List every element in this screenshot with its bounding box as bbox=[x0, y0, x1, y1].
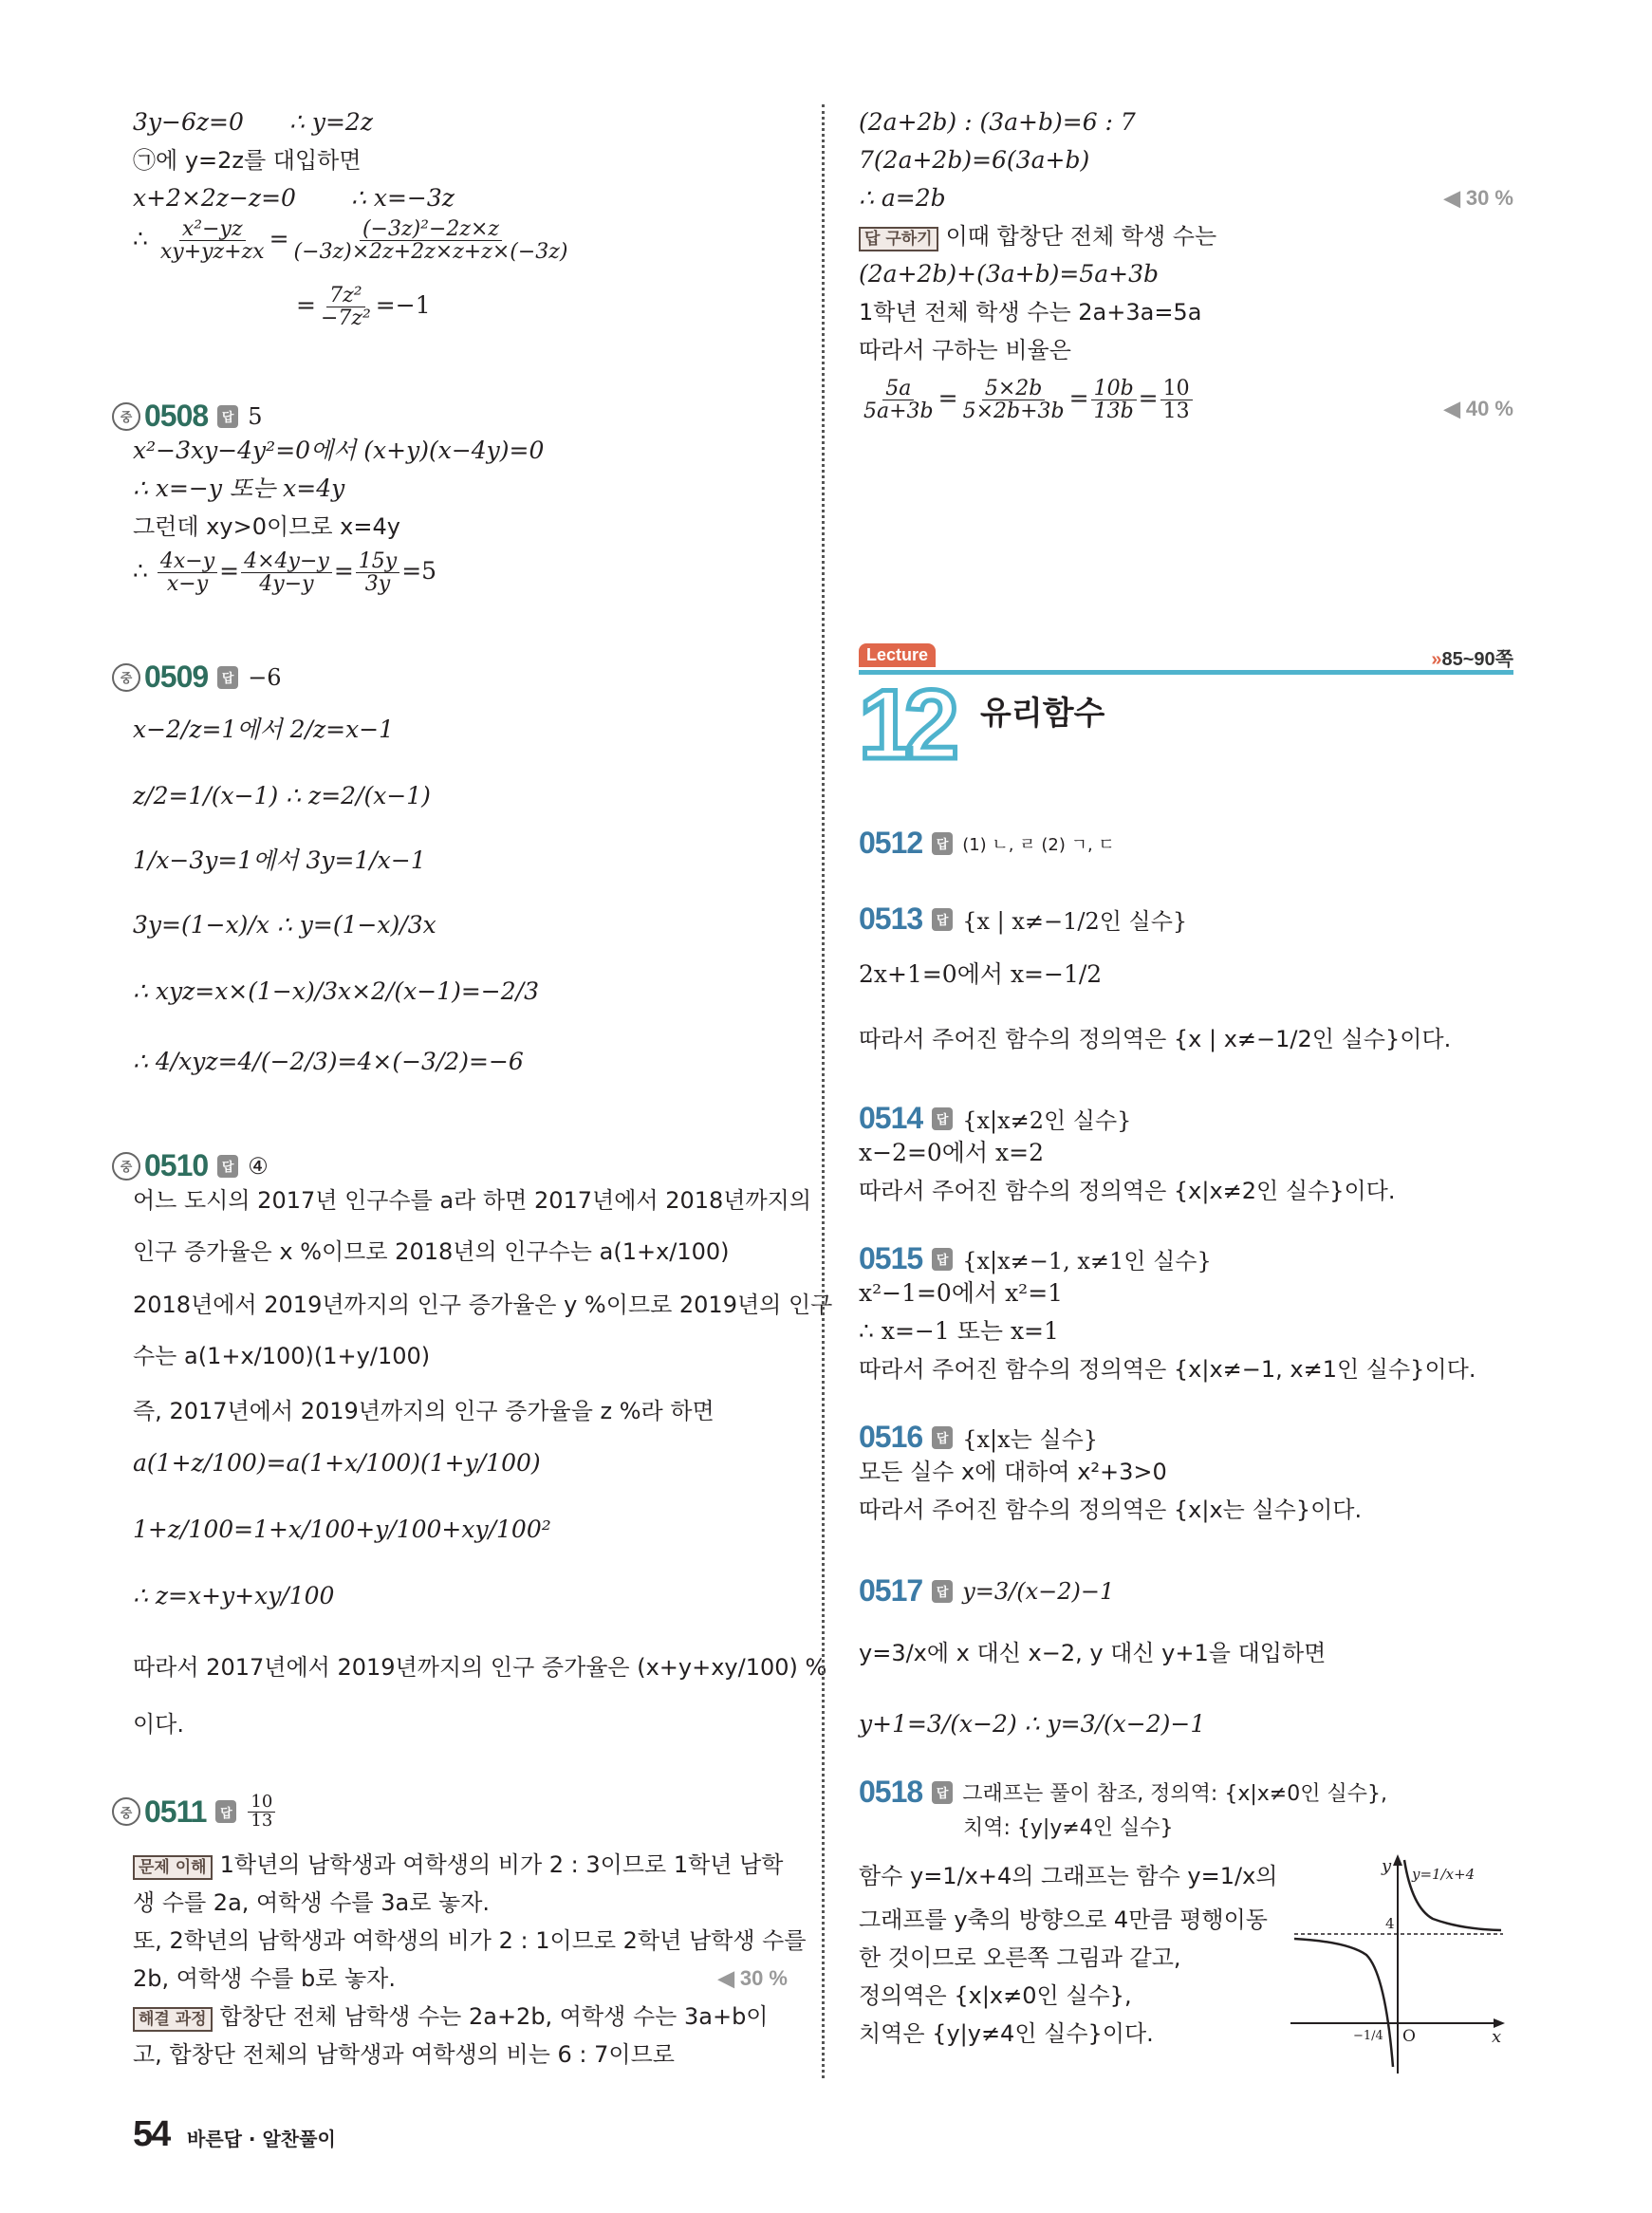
answer-icon: 답 bbox=[217, 405, 238, 428]
solution-line: 또, 2학년의 남학생과 여학생의 비가 2 : 1이므로 2학년 남학생 수를 bbox=[133, 1925, 807, 1957]
solution-line: 즉, 2017년에서 2019년까지의 인구 증가율을 z %라 하면 bbox=[133, 1395, 715, 1427]
solution-line: ∴ xyz=x×(1−x)/3x×2/(x−1)=−2/3 bbox=[133, 976, 539, 1008]
answer-icon: 답 bbox=[932, 1248, 953, 1271]
solution-line: ∴ x=−y 또는 x=4y bbox=[133, 473, 344, 505]
problem-header-0508: 중 0508 답 5 bbox=[112, 399, 262, 434]
x-axis-label: x bbox=[1492, 2027, 1501, 2047]
origin-label: O bbox=[1402, 2027, 1416, 2046]
answer-value: −6 bbox=[248, 664, 281, 691]
solution-line: y+1=3/(x−2) ∴ y=3/(x−2)−1 bbox=[859, 1708, 1205, 1740]
problem-number: 0511 bbox=[144, 1795, 206, 1830]
problem-number: 0510 bbox=[144, 1148, 208, 1183]
level-icon: 중 bbox=[112, 663, 140, 692]
asymptote-label: 4 bbox=[1385, 1915, 1395, 1932]
answer-value: (1) ㄴ, ㄹ (2) ㄱ, ㄷ bbox=[962, 831, 1115, 856]
solution-line: 생 수를 2a, 여학생 수를 3a로 놓자. bbox=[133, 1887, 490, 1919]
problem-header-0510: 중 0510 답 ④ bbox=[112, 1148, 269, 1183]
solution-line: 따라서 주어진 함수의 정의역은 {x|x≠2인 실수}이다. bbox=[859, 1175, 1396, 1207]
answer-icon: 답 bbox=[932, 908, 953, 931]
solution-line: 이다. bbox=[133, 1708, 184, 1740]
solution-line: (2a+2b) : (3a+b)=6 : 7 bbox=[859, 106, 1136, 139]
solution-line: 2b, 여학생 수를 b로 놓자. bbox=[133, 1962, 396, 1995]
solution-line: ∴ x=−3z bbox=[351, 182, 455, 214]
answer-icon: 답 bbox=[932, 1426, 953, 1449]
x-intercept-label: −1/4 bbox=[1353, 2029, 1383, 2043]
solution-line: 2x+1=0에서 x=−1/2 bbox=[859, 958, 1102, 991]
answer-icon: 답 bbox=[932, 832, 953, 855]
lecture-rule bbox=[859, 670, 1513, 675]
level-icon: 중 bbox=[112, 1152, 140, 1181]
step-tag-process: 해결 과정 bbox=[133, 2007, 213, 2032]
fraction-equation: 5a5a+3b=5×2b5×2b+3b=10b13b=1013 bbox=[859, 378, 1195, 422]
problem-header-0512: 0512 답 (1) ㄴ, ㄹ (2) ㄱ, ㄷ bbox=[859, 826, 1115, 861]
page-number: 54 bbox=[133, 2114, 169, 2155]
solution-line: z/2=1/(x−1) ∴ z=2/(x−1) bbox=[133, 780, 431, 812]
answer-value: 1013 bbox=[248, 1794, 275, 1831]
solution-line: 함수 y=1/x+4의 그래프는 함수 y=1/x의 bbox=[859, 1860, 1277, 1892]
answer-value: 그래프는 풀이 참조, 정의역: {x|x≠0인 실수}, bbox=[962, 1777, 1387, 1807]
solution-line: x−2/z=1에서 2/z=x−1 bbox=[133, 714, 394, 746]
solution-line: ∴ x=−1 또는 x=1 bbox=[859, 1315, 1059, 1348]
solution-line: 한 것이므로 오른쪽 그림과 같고, bbox=[859, 1942, 1181, 1974]
y-axis-label: y bbox=[1382, 1856, 1391, 1876]
solution-line: 고, 합창단 전체의 남학생과 여학생의 비는 6 : 7이므로 bbox=[133, 2038, 675, 2071]
problem-number: 0512 bbox=[859, 826, 922, 861]
solution-line: 3y=(1−x)/x ∴ y=(1−x)/3x bbox=[133, 909, 436, 941]
solution-line: 1/x−3y=1에서 3y=1/x−1 bbox=[133, 845, 426, 877]
solution-line: 1+z/100=1+x/100+y/100+xy/100² bbox=[133, 1514, 551, 1546]
solution-line: 그런데 xy>0이므로 x=4y bbox=[133, 511, 400, 543]
lecture-header: Lecture »85~90쪽 12 유리함수 bbox=[859, 643, 1513, 786]
answer-icon: 답 bbox=[932, 1781, 953, 1804]
solution-line: x−2=0에서 x=2 bbox=[859, 1137, 1044, 1169]
problem-number: 0513 bbox=[859, 902, 922, 937]
problem-header-0515: 0515 답 {x|x≠−1, x≠1인 실수} bbox=[859, 1241, 1212, 1276]
solution-line: ∴ 4/xyz=4/(−2/3)=4×(−3/2)=−6 bbox=[133, 1046, 524, 1078]
problem-header-0513: 0513 답 {x | x≠−1/2인 실수} bbox=[859, 902, 1187, 937]
problem-number: 0515 bbox=[859, 1241, 922, 1276]
lecture-title: 유리함수 bbox=[980, 687, 1104, 734]
solution-line: ∴ a=2b bbox=[859, 182, 946, 214]
solution-line: x²−3xy−4y²=0에서 (x+y)(x−4y)=0 bbox=[133, 435, 544, 467]
solution-line: 어느 도시의 2017년 인구수를 a라 하면 2017년에서 2018년까지의 bbox=[133, 1184, 811, 1217]
answer-value-cont: 치역: {y|y≠4인 실수} bbox=[963, 1813, 1174, 1845]
solution-line: 3y−6z=0 bbox=[133, 106, 244, 139]
solution-line: 따라서 주어진 함수의 정의역은 {x|x는 실수}이다. bbox=[859, 1494, 1362, 1526]
problem-header-0516: 0516 답 {x|x는 실수} bbox=[859, 1420, 1098, 1455]
fraction-equation: =7z²−7z²=−1 bbox=[296, 285, 431, 329]
score-percent: ◀ 30 % bbox=[1444, 186, 1513, 211]
solution-line: 2018년에서 2019년까지의 인구 증가율은 y %이므로 2019년의 인… bbox=[133, 1289, 832, 1321]
column-divider bbox=[822, 104, 825, 2078]
double-chevron-icon: » bbox=[1431, 649, 1441, 670]
solution-line: 정의역은 {x|x≠0인 실수}, bbox=[859, 1980, 1132, 2012]
fraction-equation: ∴ x²−yzxy+yz+zx=(−3z)²−2z×z(−3z)×2z+2z×z… bbox=[133, 218, 572, 263]
problem-number: 0518 bbox=[859, 1775, 922, 1810]
lecture-tag: Lecture bbox=[859, 643, 936, 667]
solution-line: 수는 a(1+x/100)(1+y/100) bbox=[133, 1340, 430, 1372]
solution-line: y=3/x에 x 대신 x−2, y 대신 y+1을 대입하면 bbox=[859, 1637, 1326, 1669]
solution-line: 따라서 주어진 함수의 정의역은 {x | x≠−1/2인 실수}이다. bbox=[859, 1023, 1451, 1055]
solution-line: 따라서 주어진 함수의 정의역은 {x|x≠−1, x≠1인 실수}이다. bbox=[859, 1353, 1476, 1385]
answer-value: y=3/(x−2)−1 bbox=[962, 1578, 1114, 1605]
answer-value: {x|x≠−1, x≠1인 실수} bbox=[962, 1242, 1212, 1275]
solution-line: 7(2a+2b)=6(3a+b) bbox=[859, 144, 1089, 177]
problem-number: 0514 bbox=[859, 1101, 922, 1136]
lecture-number: 12 bbox=[859, 676, 950, 774]
solution-line: 답 구하기이때 합창단 전체 학생 수는 bbox=[859, 220, 1216, 252]
solution-line: 치역은 {y|y≠4인 실수}이다. bbox=[859, 2018, 1154, 2050]
solution-line: a(1+z/100)=a(1+x/100)(1+y/100) bbox=[133, 1447, 541, 1479]
answer-value: ④ bbox=[248, 1153, 269, 1180]
solution-line: 그래프를 y축의 방향으로 4만큼 평행이동 bbox=[859, 1904, 1268, 1936]
score-percent: ◀ 40 % bbox=[1444, 397, 1513, 421]
answer-value: {x | x≠−1/2인 실수} bbox=[962, 902, 1187, 936]
answer-icon: 답 bbox=[932, 1580, 953, 1603]
answer-value: {x|x≠2인 실수} bbox=[962, 1102, 1131, 1135]
problem-header-0511: 중 0511 답 1013 bbox=[112, 1794, 277, 1831]
step-tag-understand: 문제 이해 bbox=[133, 1855, 213, 1880]
fraction-equation: ∴ 4x−yx−y=4×4y−y4y−y=15y3y=5 bbox=[133, 550, 436, 595]
score-percent: ◀ 30 % bbox=[718, 1966, 788, 1991]
problem-header-0509: 중 0509 답 −6 bbox=[112, 660, 282, 695]
answer-value: {x|x는 실수} bbox=[962, 1421, 1098, 1454]
solution-line: 따라서 구하는 비율은 bbox=[859, 334, 1071, 366]
problem-number: 0508 bbox=[144, 399, 208, 434]
problem-header-0518: 0518 답 그래프는 풀이 참조, 정의역: {x|x≠0인 실수}, bbox=[859, 1775, 1387, 1810]
solution-line: 해결 과정합창단 전체 남학생 수는 2a+2b, 여학생 수는 3a+b이 bbox=[133, 2000, 769, 2033]
solution-line: 모든 실수 x에 대하여 x²+3>0 bbox=[859, 1456, 1167, 1488]
solution-line: 1학년 전체 학생 수는 2a+3a=5a bbox=[859, 296, 1201, 328]
solution-line: x²−1=0에서 x²=1 bbox=[859, 1277, 1063, 1310]
function-graph: y y=1/x+4 4 O x −1/4 bbox=[1290, 1850, 1518, 2078]
solution-line: 문제 이해1학년의 남학생과 여학생의 비가 2 : 3이므로 1학년 남학 bbox=[133, 1849, 783, 1881]
problem-header-0514: 0514 답 {x|x≠2인 실수} bbox=[859, 1101, 1131, 1136]
problem-number: 0517 bbox=[859, 1573, 922, 1609]
solution-line: ∴ y=2z bbox=[289, 106, 373, 139]
problem-header-0517: 0517 답 y=3/(x−2)−1 bbox=[859, 1573, 1114, 1609]
problem-number: 0516 bbox=[859, 1420, 922, 1455]
solution-line: 따라서 2017년에서 2019년까지의 인구 증가율은 (x+y+xy/100… bbox=[133, 1651, 826, 1683]
answer-icon: 답 bbox=[217, 666, 238, 689]
solution-line: ㉠에 y=2z를 대입하면 bbox=[133, 144, 362, 177]
curve-label: y=1/x+4 bbox=[1412, 1866, 1475, 1883]
answer-icon: 답 bbox=[932, 1107, 953, 1130]
solution-line: (2a+2b)+(3a+b)=5a+3b bbox=[859, 258, 1159, 290]
footer-title: 바른답 · 알찬풀이 bbox=[187, 2124, 336, 2151]
answer-value: 5 bbox=[248, 403, 262, 430]
step-tag-answer: 답 구하기 bbox=[859, 227, 938, 251]
answer-icon: 답 bbox=[215, 1800, 236, 1823]
solution-line: 인구 증가율은 x %이므로 2018년의 인구수는 a(1+x/100) bbox=[133, 1236, 730, 1268]
problem-number: 0509 bbox=[144, 660, 208, 695]
answer-icon: 답 bbox=[217, 1155, 238, 1178]
level-icon: 중 bbox=[112, 402, 140, 431]
page-reference: »85~90쪽 bbox=[1431, 643, 1513, 671]
solution-line: ∴ z=x+y+xy/100 bbox=[133, 1580, 334, 1612]
level-icon: 중 bbox=[112, 1797, 140, 1826]
solution-line: x+2×2z−z=0 bbox=[133, 182, 296, 214]
